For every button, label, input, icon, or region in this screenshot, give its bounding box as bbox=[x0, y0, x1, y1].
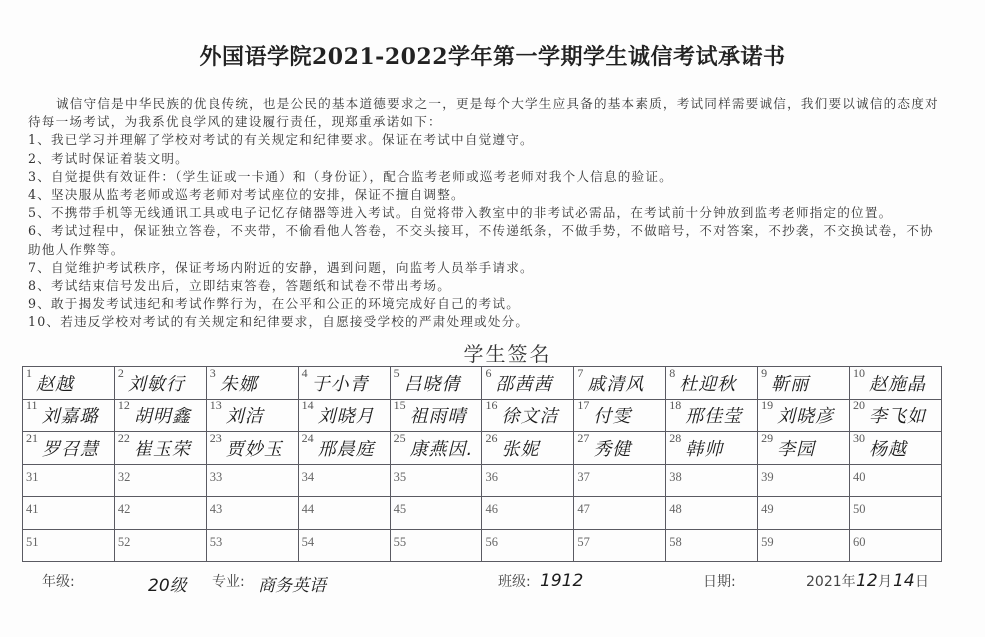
grade-label: 年级: bbox=[42, 571, 75, 591]
signature-cell: 55 bbox=[390, 529, 482, 562]
seat-number: 46 bbox=[485, 502, 498, 516]
signature-cell: 57 bbox=[574, 529, 666, 562]
seat-number: 37 bbox=[577, 470, 590, 484]
seat-number: 26 bbox=[485, 432, 497, 445]
signature-cell: 43 bbox=[206, 497, 298, 530]
document-title: 外国语学院2021-2022学年第一学期学生诚信考试承诺书 bbox=[0, 40, 985, 71]
signature-cell: 36 bbox=[482, 464, 574, 497]
signature-cell: 23贾妙玉 bbox=[206, 432, 298, 465]
intro-line-2: 待每一场考试，为我系优良学风的建设履行责任，现郑重承诺如下： bbox=[28, 113, 958, 131]
seat-number: 51 bbox=[26, 535, 39, 549]
seat-number: 6 bbox=[485, 367, 491, 380]
student-signature: 徐文洁 bbox=[501, 406, 558, 427]
signature-cell: 49 bbox=[758, 497, 850, 530]
signature-cell: 3朱娜 bbox=[206, 367, 298, 400]
student-signature: 戚清风 bbox=[587, 374, 644, 395]
signature-row: 21罗召慧22崔玉荣23贾妙玉24邢晨庭25康燕因.26张妮27秀健28韩帅29… bbox=[23, 432, 942, 465]
student-signature: 邢佳莹 bbox=[685, 406, 742, 427]
seat-number: 48 bbox=[669, 502, 682, 516]
seat-number: 27 bbox=[577, 432, 589, 445]
student-signature: 刘敏行 bbox=[128, 374, 185, 395]
seat-number: 38 bbox=[669, 470, 682, 484]
student-signature: 吕晓倩 bbox=[404, 374, 461, 395]
signature-cell: 26张妮 bbox=[482, 432, 574, 465]
signature-cell: 31 bbox=[23, 464, 115, 497]
signature-row: 11刘嘉璐12胡明鑫13刘洁14刘晓月15祖雨晴16徐文洁17付雯18邢佳莹19… bbox=[23, 399, 942, 432]
seat-number: 1 bbox=[26, 367, 32, 380]
signature-cell: 13刘洁 bbox=[206, 399, 298, 432]
seat-number: 11 bbox=[26, 399, 38, 412]
seat-number: 40 bbox=[853, 470, 866, 484]
seat-number: 60 bbox=[853, 535, 866, 549]
signature-cell: 7戚清风 bbox=[574, 367, 666, 400]
student-signature: 赵施晶 bbox=[869, 374, 926, 395]
major-value: 商务英语 bbox=[258, 571, 326, 596]
seat-number: 50 bbox=[853, 502, 866, 516]
seat-number: 34 bbox=[302, 470, 315, 484]
seat-number: 20 bbox=[853, 399, 865, 412]
seat-number: 59 bbox=[761, 535, 774, 549]
pledge-body: 诚信守信是中华民族的优良传统，也是公民的基本道德要求之一，更是每个大学生应具备的… bbox=[28, 95, 958, 332]
signature-cell: 40 bbox=[850, 464, 942, 497]
signature-cell: 34 bbox=[298, 464, 390, 497]
signature-cell: 45 bbox=[390, 497, 482, 530]
seat-number: 43 bbox=[210, 502, 223, 516]
date-month: 12 bbox=[856, 571, 878, 591]
student-signature: 胡明鑫 bbox=[134, 406, 191, 427]
signature-row: 41424344454647484950 bbox=[23, 497, 942, 530]
seat-number: 28 bbox=[669, 432, 681, 445]
date-year: 2021年 bbox=[806, 571, 856, 591]
seat-number: 15 bbox=[394, 399, 406, 412]
seat-number: 56 bbox=[485, 535, 498, 549]
seat-number: 17 bbox=[577, 399, 589, 412]
major-label: 专业: bbox=[212, 571, 245, 591]
date-month-label: 月 bbox=[878, 571, 892, 591]
student-signature: 韩帅 bbox=[685, 439, 723, 460]
signature-cell: 18邢佳莹 bbox=[666, 399, 758, 432]
signature-cell: 15祖雨晴 bbox=[390, 399, 482, 432]
signature-cell: 30杨越 bbox=[850, 432, 942, 465]
seat-number: 57 bbox=[577, 535, 590, 549]
seat-number: 36 bbox=[485, 470, 498, 484]
seat-number: 12 bbox=[118, 399, 130, 412]
student-signature: 刘嘉璐 bbox=[42, 406, 99, 427]
date-day: 14 bbox=[893, 571, 915, 591]
seat-number: 4 bbox=[302, 367, 308, 380]
student-signature: 靳丽 bbox=[771, 374, 809, 395]
seat-number: 58 bbox=[669, 535, 682, 549]
signature-heading: 学生签名 bbox=[0, 338, 985, 367]
signature-cell: 2刘敏行 bbox=[114, 367, 206, 400]
signature-cell: 35 bbox=[390, 464, 482, 497]
pledge-item: 3、自觉提供有效证件：（学生证或一卡通）和（身份证），配合监考老师或巡考老师对我… bbox=[28, 168, 958, 186]
student-signature: 刘晓彦 bbox=[777, 406, 834, 427]
signature-cell: 38 bbox=[666, 464, 758, 497]
signature-cell: 14刘晓月 bbox=[298, 399, 390, 432]
signature-cell: 60 bbox=[850, 529, 942, 562]
signature-cell: 22崔玉荣 bbox=[114, 432, 206, 465]
student-signature: 康燕因. bbox=[410, 439, 474, 460]
seat-number: 8 bbox=[669, 367, 675, 380]
student-signature: 崔玉荣 bbox=[134, 439, 191, 460]
signature-cell: 32 bbox=[114, 464, 206, 497]
signature-cell: 46 bbox=[482, 497, 574, 530]
signature-cell: 24邢晨庭 bbox=[298, 432, 390, 465]
seat-number: 9 bbox=[761, 367, 767, 380]
student-signature: 祖雨晴 bbox=[410, 406, 467, 427]
signature-cell: 10赵施晶 bbox=[850, 367, 942, 400]
footer-info: 年级: 20级 专业: 商务英语 班级: 1912 日期: 2021年 12 月… bbox=[0, 571, 985, 591]
signature-cell: 52 bbox=[114, 529, 206, 562]
signature-cell: 6邵茜茜 bbox=[482, 367, 574, 400]
signature-cell: 59 bbox=[758, 529, 850, 562]
class-label: 班级: bbox=[498, 571, 531, 591]
signature-cell: 1赵越 bbox=[23, 367, 115, 400]
seat-number: 3 bbox=[210, 367, 216, 380]
seat-number: 53 bbox=[210, 535, 223, 549]
seat-number: 41 bbox=[26, 502, 39, 516]
signature-cell: 53 bbox=[206, 529, 298, 562]
seat-number: 5 bbox=[394, 367, 400, 380]
student-signature: 于小青 bbox=[312, 374, 369, 395]
signature-cell: 8杜迎秋 bbox=[666, 367, 758, 400]
signature-cell: 29李园 bbox=[758, 432, 850, 465]
seat-number: 21 bbox=[26, 432, 38, 445]
student-signature: 罗召慧 bbox=[42, 439, 99, 460]
seat-number: 16 bbox=[485, 399, 497, 412]
student-signature: 邵茜茜 bbox=[495, 374, 552, 395]
seat-number: 35 bbox=[394, 470, 407, 484]
signature-cell: 17付雯 bbox=[574, 399, 666, 432]
signature-cell: 39 bbox=[758, 464, 850, 497]
seat-number: 55 bbox=[394, 535, 407, 549]
seat-number: 49 bbox=[761, 502, 774, 516]
seat-number: 32 bbox=[118, 470, 131, 484]
seat-number: 31 bbox=[26, 470, 39, 484]
pledge-item: 9、敢于揭发考试违纪和考试作弊行为，在公平和公正的环境完成好自己的考试。 bbox=[28, 295, 958, 313]
pledge-item: 10、若违反学校对考试的有关规定和纪律要求，自愿接受学校的严肃处理或处分。 bbox=[28, 313, 958, 331]
signature-cell: 11刘嘉璐 bbox=[23, 399, 115, 432]
student-signature: 张妮 bbox=[501, 439, 539, 460]
seat-number: 29 bbox=[761, 432, 773, 445]
pledge-item: 8、考试结束信号发出后，立即结束答卷，答题纸和试卷不带出考场。 bbox=[28, 277, 958, 295]
seat-number: 14 bbox=[302, 399, 314, 412]
signature-cell: 28韩帅 bbox=[666, 432, 758, 465]
seat-number: 18 bbox=[669, 399, 681, 412]
intro-line-1: 诚信守信是中华民族的优良传统，也是公民的基本道德要求之一，更是每个大学生应具备的… bbox=[28, 95, 958, 113]
student-signature: 李园 bbox=[777, 439, 815, 460]
signature-row: 1赵越2刘敏行3朱娜4于小青5吕晓倩6邵茜茜7戚清风8杜迎秋9靳丽10赵施晶 bbox=[23, 367, 942, 400]
seat-number: 30 bbox=[853, 432, 865, 445]
seat-number: 45 bbox=[394, 502, 407, 516]
grade-value: 20级 bbox=[148, 571, 187, 596]
pledge-item: 2、考试时保证着装文明。 bbox=[28, 150, 958, 168]
student-signature: 赵越 bbox=[36, 374, 74, 395]
seat-number: 44 bbox=[302, 502, 315, 516]
seat-number: 2 bbox=[118, 367, 124, 380]
seat-number: 23 bbox=[210, 432, 222, 445]
signature-cell: 16徐文洁 bbox=[482, 399, 574, 432]
signature-cell: 42 bbox=[114, 497, 206, 530]
student-signature: 秀健 bbox=[593, 439, 631, 460]
signature-cell: 25康燕因. bbox=[390, 432, 482, 465]
class-value: 1912 bbox=[540, 571, 583, 591]
student-signature: 杜迎秋 bbox=[679, 374, 736, 395]
signature-cell: 19刘晓彦 bbox=[758, 399, 850, 432]
seat-number: 24 bbox=[302, 432, 314, 445]
signature-cell: 41 bbox=[23, 497, 115, 530]
student-signature: 邢晨庭 bbox=[318, 439, 375, 460]
seat-number: 25 bbox=[394, 432, 406, 445]
pledge-item: 7、自觉维护考试秩序，保证考场内附近的安静，遇到问题，向监考人员举手请求。 bbox=[28, 259, 958, 277]
signature-cell: 44 bbox=[298, 497, 390, 530]
pledge-item: 4、坚决服从监考老师或巡考老师对考试座位的安排，保证不擅自调整。 bbox=[28, 186, 958, 204]
pledge-item: 助他人作弊等。 bbox=[28, 241, 958, 259]
pledge-item: 5、不携带手机等无线通讯工具或电子记忆存储器等进入考试。自觉将带入教室中的非考试… bbox=[28, 204, 958, 222]
seat-number: 10 bbox=[853, 367, 865, 380]
student-signature: 李飞如 bbox=[869, 406, 926, 427]
date-label: 日期: bbox=[703, 571, 736, 591]
signature-cell: 33 bbox=[206, 464, 298, 497]
signature-cell: 58 bbox=[666, 529, 758, 562]
seat-number: 52 bbox=[118, 535, 131, 549]
signature-cell: 48 bbox=[666, 497, 758, 530]
signature-cell: 21罗召慧 bbox=[23, 432, 115, 465]
student-signature: 杨越 bbox=[869, 439, 907, 460]
seat-number: 22 bbox=[118, 432, 130, 445]
seat-number: 47 bbox=[577, 502, 590, 516]
seat-number: 13 bbox=[210, 399, 222, 412]
signature-cell: 9靳丽 bbox=[758, 367, 850, 400]
seat-number: 54 bbox=[302, 535, 315, 549]
signature-cell: 54 bbox=[298, 529, 390, 562]
seat-number: 7 bbox=[577, 367, 583, 380]
seat-number: 19 bbox=[761, 399, 773, 412]
seat-number: 39 bbox=[761, 470, 774, 484]
signature-cell: 56 bbox=[482, 529, 574, 562]
signature-cell: 50 bbox=[850, 497, 942, 530]
signature-table: 1赵越2刘敏行3朱娜4于小青5吕晓倩6邵茜茜7戚清风8杜迎秋9靳丽10赵施晶11… bbox=[22, 366, 942, 562]
seat-number: 42 bbox=[118, 502, 131, 516]
signature-row: 51525354555657585960 bbox=[23, 529, 942, 562]
signature-cell: 27秀健 bbox=[574, 432, 666, 465]
student-signature: 刘洁 bbox=[226, 406, 264, 427]
signature-cell: 37 bbox=[574, 464, 666, 497]
student-signature: 贾妙玉 bbox=[226, 439, 283, 460]
signature-cell: 47 bbox=[574, 497, 666, 530]
pledge-item: 1、我已学习并理解了学校对考试的有关规定和纪律要求。保证在考试中自觉遵守。 bbox=[28, 131, 958, 149]
signature-cell: 20李飞如 bbox=[850, 399, 942, 432]
date-day-label: 日 bbox=[915, 571, 929, 591]
student-signature: 朱娜 bbox=[220, 374, 258, 395]
pledge-item: 6、考试过程中，保证独立答卷，不夹带，不偷看他人答卷，不交头接耳，不传递纸条，不… bbox=[28, 222, 958, 240]
seat-number: 33 bbox=[210, 470, 223, 484]
signature-row: 31323334353637383940 bbox=[23, 464, 942, 497]
student-signature: 付雯 bbox=[593, 406, 631, 427]
signature-cell: 4于小青 bbox=[298, 367, 390, 400]
signature-cell: 5吕晓倩 bbox=[390, 367, 482, 400]
signature-cell: 12胡明鑫 bbox=[114, 399, 206, 432]
signature-cell: 51 bbox=[23, 529, 115, 562]
student-signature: 刘晓月 bbox=[318, 406, 375, 427]
